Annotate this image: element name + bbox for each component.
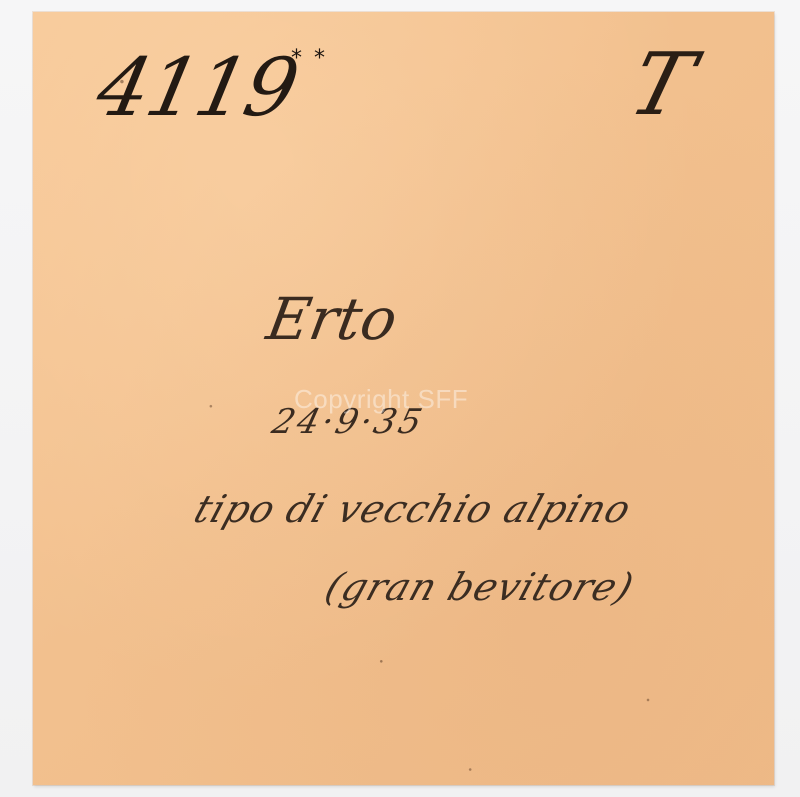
place-name: Erto [263,290,402,348]
catalog-number: 4119 [90,48,303,128]
description-line-1: tipo di vecchio alpino [190,490,636,528]
copyright-watermark: Copyright SFF [294,384,468,415]
scan-background: 4119 ** T Erto 24·9·35 tipo di vecchio a… [0,0,800,797]
section-mark: T [621,42,701,128]
catalog-stars-mark: ** [291,46,337,71]
description-line-2: (gran bevitore) [321,568,639,606]
